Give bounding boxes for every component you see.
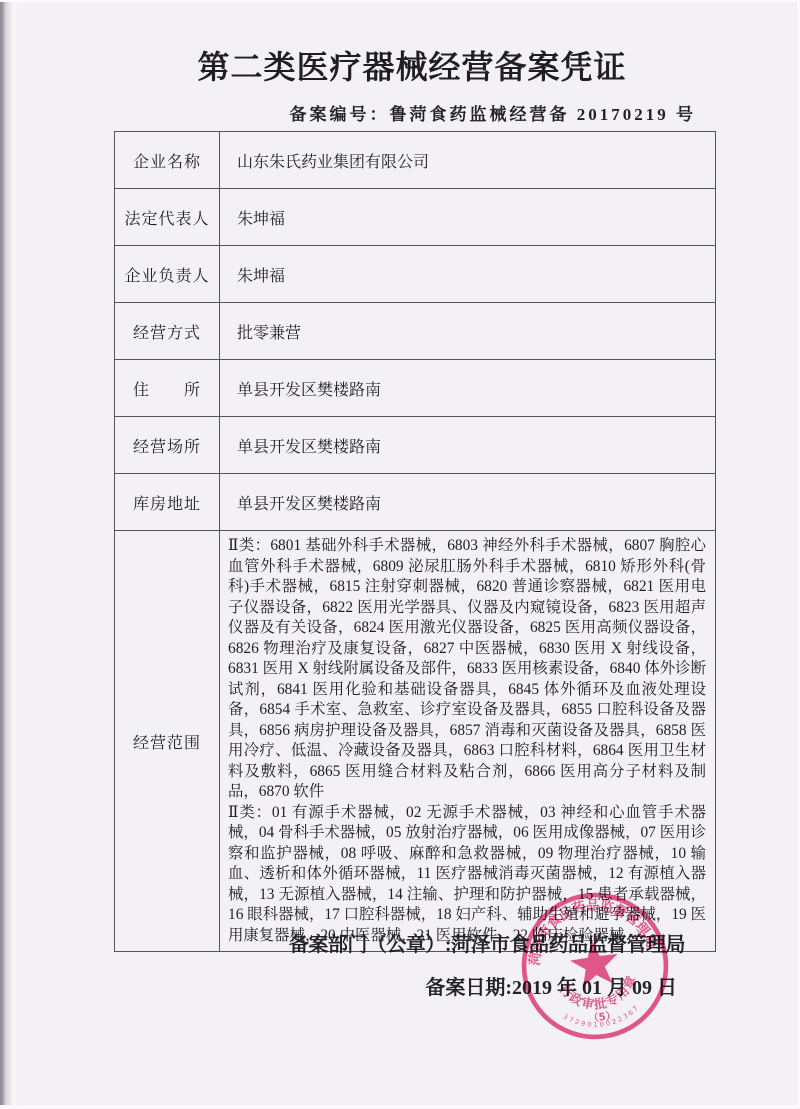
table-row: 住 所 单县开发区樊楼路南 — [115, 360, 716, 417]
row-value-residence: 单县开发区樊楼路南 — [220, 360, 716, 417]
certificate-page: 第二类医疗器械经营备案凭证 备案编号：鲁菏食药监械经营备 20170219 号 … — [0, 0, 800, 1109]
scan-edge-bottom — [0, 1105, 800, 1109]
row-label-person-in-charge: 企业负责人 — [115, 246, 220, 303]
table-row: 经营方式 批零兼营 — [115, 303, 716, 360]
row-label-business-mode: 经营方式 — [115, 303, 220, 360]
row-value-legal-rep: 朱坤福 — [220, 189, 716, 246]
certificate-table: 企业名称 山东朱氏药业集团有限公司 法定代表人 朱坤福 企业负责人 朱坤福 经营… — [114, 131, 716, 952]
row-value-person-in-charge: 朱坤福 — [220, 246, 716, 303]
row-value-warehouse-address: 单县开发区樊楼路南 — [220, 474, 716, 531]
table-row: 企业名称 山东朱氏药业集团有限公司 — [115, 132, 716, 189]
table-row: 企业负责人 朱坤福 — [115, 246, 716, 303]
row-value-business-premises: 单县开发区樊楼路南 — [220, 417, 716, 474]
scope-paragraph-class2-old-codes: Ⅱ类：6801 基础外科手术器械，6803 神经外科手术器械，6807 胸腔心血… — [228, 536, 706, 803]
table-row: 法定代表人 朱坤福 — [115, 189, 716, 246]
row-value-business-mode: 批零兼营 — [220, 303, 716, 360]
table-row: 经营场所 单县开发区樊楼路南 — [115, 417, 716, 474]
row-label-residence: 住 所 — [115, 360, 220, 417]
page-title: 第二类医疗器械经营备案凭证 — [0, 42, 800, 88]
row-label-business-scope: 经营范围 — [115, 531, 220, 952]
stamp-star-icon — [567, 937, 621, 989]
filing-number-line: 备案编号：鲁菏食药监械经营备 20170219 号 — [290, 100, 697, 125]
row-label-company-name: 企业名称 — [115, 132, 220, 189]
official-stamp: 菏泽市食品药品监督管理局 行政审批专用章 （5） 3729010022367 — [509, 880, 681, 1052]
scan-edge-left — [0, 0, 22, 1109]
filing-number-value: 鲁菏食药监械经营备 20170219 号 — [390, 105, 697, 124]
stamp-graphic: 菏泽市食品药品监督管理局 行政审批专用章 （5） 3729010022367 — [509, 880, 681, 1052]
row-label-legal-rep: 法定代表人 — [115, 189, 220, 246]
row-label-business-premises: 经营场所 — [115, 417, 220, 474]
scan-edge-top — [0, 0, 800, 2]
row-label-warehouse-address: 库房地址 — [115, 474, 220, 531]
filing-number-label: 备案编号： — [290, 105, 390, 124]
table-row: 库房地址 单县开发区樊楼路南 — [115, 474, 716, 531]
row-value-company-name: 山东朱氏药业集团有限公司 — [220, 132, 716, 189]
